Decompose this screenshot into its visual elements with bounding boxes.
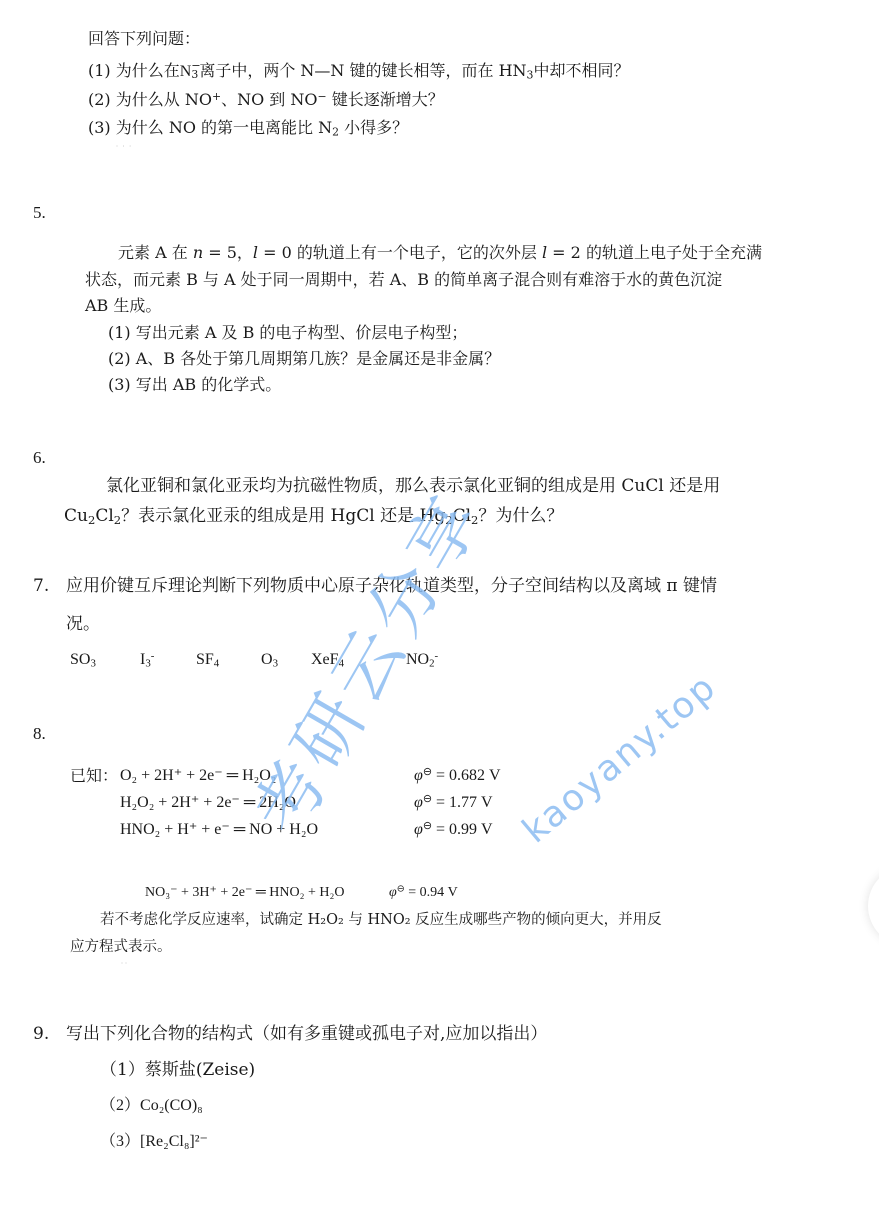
intro-item-1-prefix: (1) 为什么在 [88,61,180,80]
intro-item-3: (3) 为什么 NO 的第一电离能比 N2 小得多？ [88,118,408,138]
q5-n-var: n [193,243,203,262]
species-sub: 4 [339,658,344,670]
phi-symbol: φ [414,767,423,784]
intro-item-2-suffix: 键长逐渐增大？ [327,90,444,109]
q9-item-text: 蔡斯盐(Zeise) [145,1060,255,1080]
q9-item-3: （3）[Re₂Cl₈]²⁻ [100,1132,208,1152]
intro-heading: 回答下列问题： [88,29,200,49]
intro-item-2-mid: 、NO 到 NO [221,90,317,109]
ion-n3: N [180,63,192,80]
hg-sub: 2 [445,513,452,527]
q9-item-text: Co₂(CO)₈ [140,1097,203,1114]
species-base: SO [70,651,90,668]
standard-sup: ⊖ [423,766,432,778]
q9-line-1: 写出下列化合物的结构式（如有多重键或孤电子对,应加以指出） [66,1024,547,1044]
document-page: 回答下列问题： (1) 为什么在N−3离子中，两个 N—N 键的键长相等，而在 … [0,0,879,1211]
q6-line2-c: ？表示氯化亚汞的组成是用 HgCl 还是 Hg [121,506,445,526]
cu2cl2-cl: Cl [95,506,113,526]
species-o3: O3 [261,650,278,670]
q8-question-line-2: 应方程式表示。 [70,937,172,957]
standard-sup: ⊖ [423,793,432,805]
phi-symbol: φ [414,794,423,811]
q7-line-1: 应用价键互斥理论判断下列物质中心原子杂化轨道类型，分子空间结构以及离域 π 键情 [66,576,717,596]
intro-item-2: (2) 为什么从 NO+、NO 到 NO− 键长逐渐增大？ [88,90,444,110]
species-base: XeF [311,651,339,668]
intro-item-1-suffix: 中却不相同？ [533,61,629,80]
intro-item-1: (1) 为什么在N−3离子中，两个 N—N 键的键长相等，而在 HN3中却不相同… [88,60,629,82]
hg2cl2-cl: Cl [453,506,471,526]
species-sf4: SF4 [196,650,219,670]
q6-line-2: Cu2Cl2？表示氯化亚汞的组成是用 HgCl 还是 Hg2Cl2？为什么？ [64,506,563,526]
species-base: NO [406,651,429,668]
reaction-1-equation: O₂ + 2H⁺ + 2e⁻ ═ H₂O₂ [120,766,276,786]
reaction-4-equation: NO₃⁻ + 3H⁺ + 2e⁻ ═ HNO₂ + H₂O [145,883,345,903]
no-minus-sup: − [318,90,327,103]
intro-item-3-suffix: 小得多？ [339,118,408,137]
potential-value: = 0.94 V [405,885,458,900]
species-base: O [261,651,273,668]
q7-line-2: 况。 [66,614,100,634]
q9-number: 9. [33,1024,49,1044]
reaction-2-equation: H₂O₂ + 2H⁺ + 2e⁻ ═ 2H₂O [120,793,296,813]
standard-sup: ⊖ [397,885,405,895]
q6-number: 6. [33,448,46,468]
q5-sub-item-3: (3) 写出 AB 的化学式。 [108,375,281,395]
q8-question-line-1: 若不考虑化学反应速率，试确定 H₂O₂ 与 HNO₂ 反应生成哪些产物的倾向更大… [100,910,662,930]
no-plus-sup: + [212,90,221,103]
floating-action-button[interactable] [868,866,879,946]
intro-item-2-prefix: (2) 为什么从 NO [88,90,212,109]
ion-n3-supsub: −3 [191,60,199,76]
q5-line1-b: = 5， [203,243,253,262]
q9-item-2: （2）Co₂(CO)₈ [100,1096,203,1116]
scan-artifact: ˙˙ [120,962,128,971]
species-i3: I3- [140,650,154,670]
species-sub: 3 [273,658,278,670]
intro-item-3-prefix: (3) 为什么 NO 的第一电离能比 N [88,118,332,137]
reaction-3-equation: HNO₂ + H⁺ + e⁻ ═ NO + H₂O [120,820,318,840]
species-base: SF [196,651,214,668]
phi-symbol: φ [389,885,397,900]
species-xef4: XeF4 [311,650,344,670]
q5-line1-d: = 2 的轨道上电子处于全充满 [547,243,762,262]
intro-item-1-mid: 离子中，两个 N—N 键的键长相等，而在 HN [199,61,526,80]
q9-item-label: （2） [100,1097,140,1114]
q8-known-label: 已知： [70,766,118,786]
q5-line-2: 状态，而元素 B 与 A 处于同一周期中，若 A、B 的简单离子混合则有难溶于水… [85,270,722,290]
q5-number: 5. [33,203,46,223]
potential-value: = 0.682 V [432,767,501,784]
q9-item-label: （3） [100,1133,140,1150]
reaction-3-potential: φ⊖ = 0.99 V [414,820,493,840]
watermark-url: kaoyany.top [515,666,725,851]
species-sub: 3 [90,658,95,670]
potential-value: = 0.99 V [432,821,493,838]
reaction-2-potential: φ⊖ = 1.77 V [414,793,493,813]
q9-item-text: [Re₂Cl₈]²⁻ [140,1133,208,1150]
q7-number: 7. [33,576,49,596]
species-so3: SO3 [70,650,96,670]
q5-sub-item-2: (2) A、B 各处于第几周期第几族？是金属还是非金属？ [108,349,500,369]
q6-line-1: 氯化亚铜和氯化亚汞均为抗磁性物质，那么表示氯化亚铜的组成是用 CuCl 还是用 [106,476,720,496]
q5-sub-item-1: (1) 写出元素 A 及 B 的电子构型、价层电子构型； [108,323,467,343]
q9-item-label: （1） [100,1060,145,1080]
species-sup: - [151,650,155,662]
species-sup: - [435,650,439,662]
q6-line2-f: ？为什么？ [478,506,563,526]
scan-artifact: ˙ ˙ ˙ [115,145,132,154]
reaction-1-potential: φ⊖ = 0.682 V [414,766,501,786]
species-sub: 4 [214,658,219,670]
reaction-4-potential: φ⊖ = 0.94 V [389,883,458,903]
q8-number: 8. [33,724,46,744]
q5-line-3: AB 生成。 [85,296,161,316]
q9-item-1: （1）蔡斯盐(Zeise) [100,1060,255,1080]
q5-line1-c: = 0 的轨道上有一个电子，它的次外层 [258,243,542,262]
phi-symbol: φ [414,821,423,838]
standard-sup: ⊖ [423,820,432,832]
cu2cl2-cu: Cu [64,506,88,526]
ion-sub: 3 [191,65,198,85]
species-no2: NO2- [406,650,438,670]
q5-line-1: 元素 A 在 n = 5，l = 0 的轨道上有一个电子，它的次外层 l = 2… [118,243,762,263]
potential-value: = 1.77 V [432,794,493,811]
q5-line1-a: 元素 A 在 [118,243,193,262]
